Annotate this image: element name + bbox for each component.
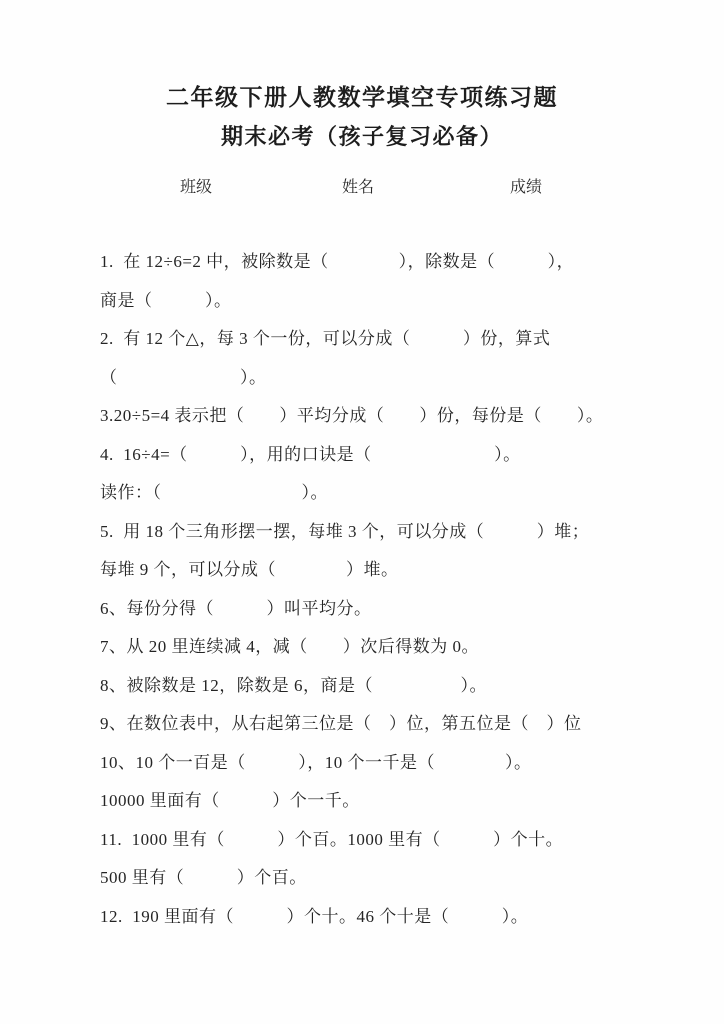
question-line-11: 11. 1000 里有（ ）个百。1000 里有（ ）个十。 <box>100 821 632 860</box>
question-line-7: 7、从 20 里连续减 4，减（ ）次后得数为 0。 <box>100 628 632 667</box>
score-field-label: 成绩 <box>510 174 542 197</box>
question-line-4: 4. 16÷4=（ ），用的口诀是（ ）。 <box>100 436 632 475</box>
question-line-10b: 10000 里面有（ ）个一千。 <box>100 782 632 821</box>
question-line-2b: （ ）。 <box>100 359 632 398</box>
student-info-row: 班级 姓名 成绩 <box>0 174 724 197</box>
question-line-1b: 商是（ ）。 <box>100 282 632 321</box>
question-line-5b: 每堆 9 个，可以分成（ ）堆。 <box>100 551 632 590</box>
question-line-12: 12. 190 里面有（ ）个十。46 个十是（ ）。 <box>100 898 632 937</box>
question-line-5: 5. 用 18 个三角形摆一摆，每堆 3 个，可以分成（ ）堆； <box>100 513 632 552</box>
class-field-label: 班级 <box>180 174 212 197</box>
name-field-label: 姓名 <box>342 174 374 197</box>
questions-section: 1. 在 12÷6=2 中，被除数是（ ），除数是（ ）， 商是（ ）。 2. … <box>0 243 724 936</box>
page-subtitle: 期末必考（孩子复习必备） <box>0 126 724 148</box>
question-line-10: 10、10 个一百是（ ），10 个一千是（ ）。 <box>100 744 632 783</box>
question-line-4b: 读作：（ ）。 <box>100 474 632 513</box>
question-line-11b: 500 里有（ ）个百。 <box>100 859 632 898</box>
page-title: 二年级下册人教数学填空专项练习题 <box>0 0 724 109</box>
question-line-3: 3.20÷5=4 表示把（ ）平均分成（ ）份，每份是（ ）。 <box>100 397 632 436</box>
worksheet-page: 二年级下册人教数学填空专项练习题 期末必考（孩子复习必备） 班级 姓名 成绩 1… <box>0 0 724 1024</box>
question-line-8: 8、被除数是 12，除数是 6，商是（ ）。 <box>100 667 632 706</box>
question-line-6: 6、每份分得（ ）叫平均分。 <box>100 590 632 629</box>
question-line-1: 1. 在 12÷6=2 中，被除数是（ ），除数是（ ）， <box>100 243 632 282</box>
question-line-2: 2. 有 12 个△，每 3 个一份，可以分成（ ）份，算式 <box>100 320 632 359</box>
question-line-9: 9、在数位表中，从右起第三位是（ ）位，第五位是（ ）位 <box>100 705 632 744</box>
